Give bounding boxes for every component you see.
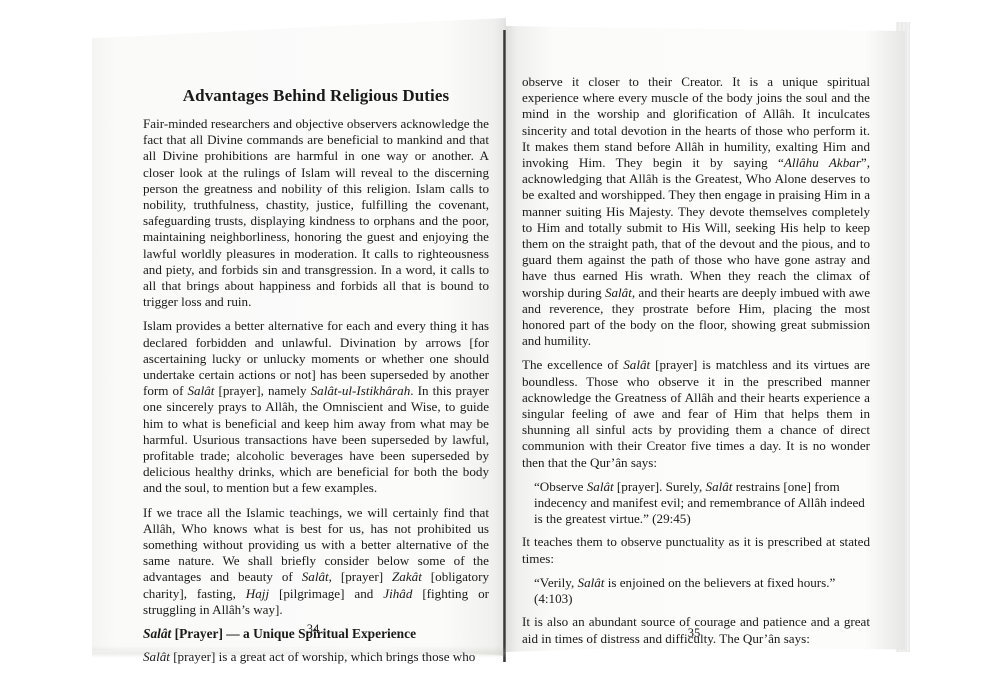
page-number-left: 34 — [283, 622, 343, 637]
book-spine — [503, 30, 506, 662]
paragraph: Fair-minded researchers and objective ob… — [143, 116, 489, 310]
text-run: ”, acknowledging that Allâh is the Great… — [522, 155, 870, 300]
paragraph: Islam provides a better alternative for … — [143, 318, 489, 496]
italic-term: Salât — [623, 357, 650, 372]
right-page-text: observe it closer to their Creator. It i… — [522, 74, 870, 655]
italic-term: Salât — [302, 569, 329, 584]
text-run: [prayer], namely — [214, 383, 310, 398]
italic-term: Allâhu Akbar — [784, 155, 861, 170]
text-run: , [prayer] — [329, 569, 392, 584]
quran-quote: “Verily, Salât is enjoined on the believ… — [534, 575, 870, 607]
italic-term: Salât — [188, 383, 215, 398]
open-book: Advantages Behind Religious Duties Fair-… — [0, 0, 1000, 680]
paragraph: The excellence of Salât [prayer] is matc… — [522, 357, 870, 470]
italic-term: Zakât — [392, 569, 422, 584]
text-run: The excellence of — [522, 357, 623, 372]
italic-term: Salât — [578, 575, 605, 590]
italic-term: Salât, — [605, 285, 635, 300]
paragraph: It teaches them to observe punctuality a… — [522, 534, 870, 566]
italic-term: Salât — [706, 479, 733, 494]
paragraph: observe it closer to their Creator. It i… — [522, 74, 870, 349]
text-run: [pilgrimage] and — [269, 586, 383, 601]
text-run: [prayer] is matchless and its virtues ar… — [522, 357, 870, 469]
text-run: [prayer]. Surely, — [614, 479, 706, 494]
italic-term: Salât-ul-Istikhârah — [311, 383, 411, 398]
italic-term: Hajj — [246, 586, 269, 601]
paragraph: If we trace all the Islamic teachings, w… — [143, 505, 489, 618]
italic-term: Salât — [143, 626, 171, 641]
left-page-text: Advantages Behind Religious Duties Fair-… — [143, 86, 489, 673]
paragraph: Salât [prayer] is a great act of worship… — [143, 649, 489, 665]
italic-term: Salât — [587, 479, 614, 494]
text-run: . In this prayer one sincerely prays to … — [143, 383, 489, 495]
page-number-right: 35 — [664, 626, 724, 641]
quran-quote: “Observe Salât [prayer]. Surely, Salât r… — [534, 479, 870, 528]
italic-term: Jihâd — [383, 586, 412, 601]
italic-term: Salât — [143, 649, 170, 664]
text-run: “Verily, — [534, 575, 578, 590]
text-run: [prayer] is a great act of worship, whic… — [170, 649, 475, 664]
chapter-title: Advantages Behind Religious Duties — [143, 86, 489, 106]
text-run: “Observe — [534, 479, 587, 494]
